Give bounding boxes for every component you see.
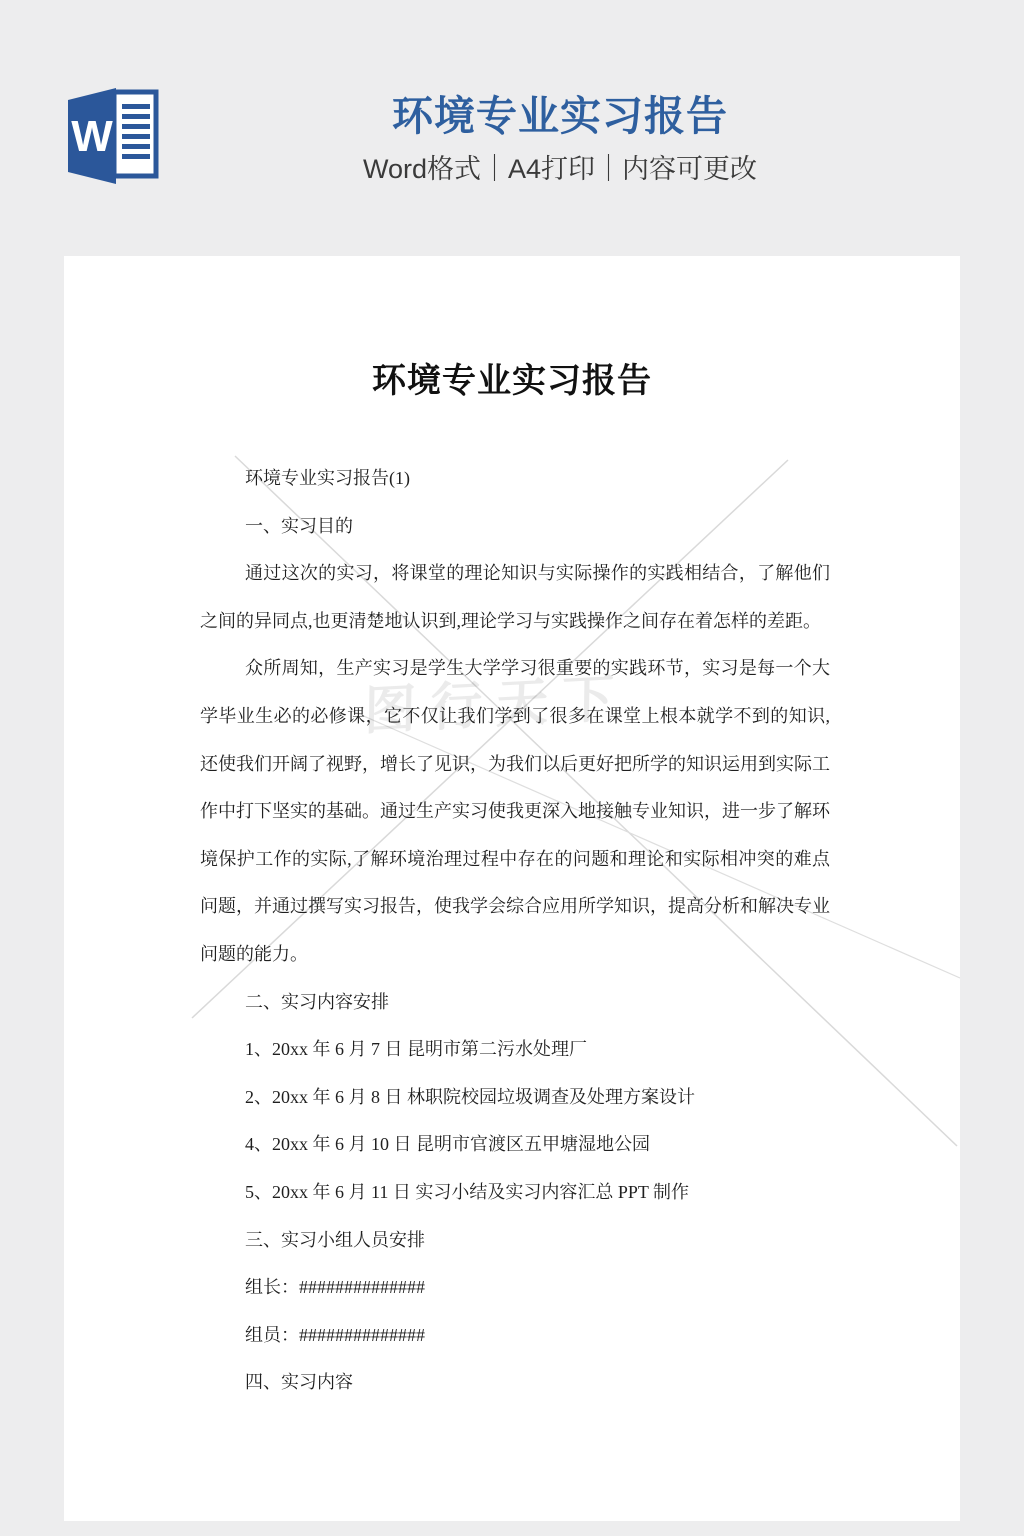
document-line: 5、20xx 年 6 月 11 日 实习小结及实习内容汇总 PPT 制作 (200, 1169, 830, 1217)
header-text-block: 环境专业实习报告 Word格式｜A4打印｜内容可更改 (96, 92, 1024, 184)
document-line: 二、实习内容安排 (200, 979, 830, 1027)
document-page: 图行天下 环境专业实习报告 环境专业实习报告(1)一、实习目的通过这次的实习，将… (64, 256, 960, 1521)
document-line: 四、实习内容 (200, 1359, 830, 1407)
document-line: 1、20xx 年 6 月 7 日 昆明市第二污水处理厂 (200, 1026, 830, 1074)
document-line: 通过这次的实习，将课堂的理论知识与实际操作的实践相结合，了解他们 (200, 550, 830, 598)
header: W 环境专业实习报告 Word格式｜A4打印｜内容可更改 (0, 0, 1024, 256)
document-line: 2、20xx 年 6 月 8 日 林职院校园垃圾调查及处理方案设计 (200, 1074, 830, 1122)
document-line: 众所周知，生产实习是学生大学学习很重要的实践环节，实习是每一个大 (200, 645, 830, 693)
document-line: 作中打下坚实的基础。通过生产实习使我更深入地接触专业知识，进一步了解环 (200, 788, 830, 836)
document-line: 一、实习目的 (200, 503, 830, 551)
page-background: W 环境专业实习报告 Word格式｜A4打印｜内容可更改 图行天下 环境专业实习… (0, 0, 1024, 1536)
document-title: 环境专业实习报告 (64, 256, 960, 406)
document-line: 环境专业实习报告(1) (200, 455, 830, 503)
document-line: 问题的能力。 (200, 931, 830, 979)
document-line: 三、实习小组人员安排 (200, 1217, 830, 1265)
document-line: 还使我们开阔了视野，增长了见识，为我们以后更好把所学的知识运用到实际工 (200, 741, 830, 789)
document-line: 问题，并通过撰写实习报告，使我学会综合应用所学知识，提高分析和解决专业 (200, 883, 830, 931)
document-body: 环境专业实习报告(1)一、实习目的通过这次的实习，将课堂的理论知识与实际操作的实… (200, 455, 830, 1407)
document-line: 境保护工作的实际,了解环境治理过程中存在的问题和理论和实际相冲突的难点 (200, 836, 830, 884)
header-title: 环境专业实习报告 (96, 92, 1024, 140)
document-line: 学毕业生必的必修课，它不仅让我们学到了很多在课堂上根本就学不到的知识, (200, 693, 830, 741)
document-line: 之间的异同点,也更清楚地认识到,理论学习与实践操作之间存在着怎样的差距。 (200, 598, 830, 646)
document-line: 4、20xx 年 6 月 10 日 昆明市官渡区五甲塘湿地公园 (200, 1121, 830, 1169)
document-line: 组员：############## (200, 1312, 830, 1360)
header-subtitle: Word格式｜A4打印｜内容可更改 (96, 154, 1024, 184)
document-line: 组长：############## (200, 1264, 830, 1312)
